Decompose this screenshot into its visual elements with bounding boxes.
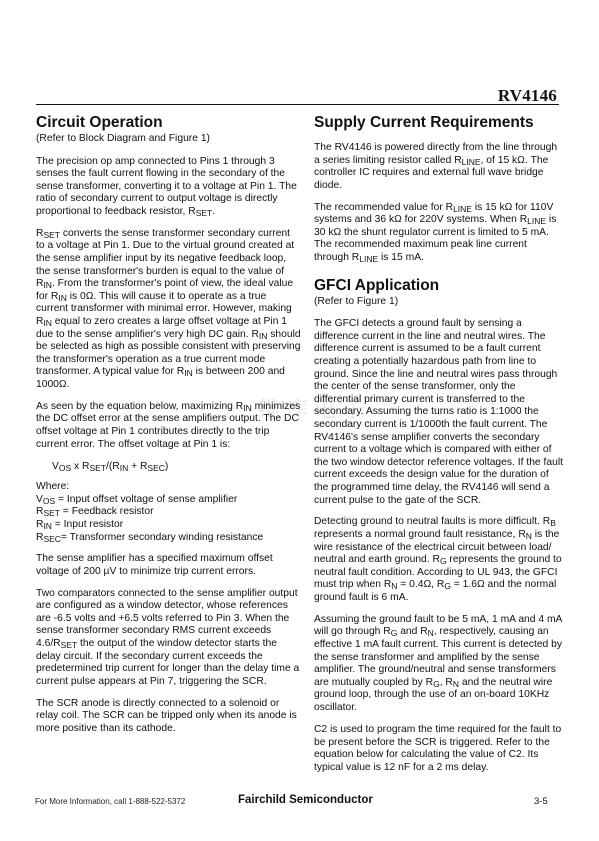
paragraph: The sense amplifier has a specified maxi… bbox=[36, 553, 301, 578]
left-column: Circuit Operation (Refer to Block Diagra… bbox=[36, 110, 301, 745]
variable-definitions: Where: VOS = Input offset voltage of sen… bbox=[36, 481, 301, 544]
section-title-gfci-application: GFCI Application bbox=[314, 277, 564, 295]
company-name: Fairchild Semiconductor bbox=[238, 794, 373, 806]
definition-item: RSET = Feedback resistor bbox=[36, 506, 301, 519]
page-number: 3-5 bbox=[534, 796, 548, 807]
paragraph: The GFCI detects a ground fault by sensi… bbox=[314, 318, 564, 507]
paragraph: The precision op amp connected to Pins 1… bbox=[36, 156, 301, 219]
paragraph: The RV4146 is powered directly from the … bbox=[314, 142, 564, 192]
definition-item: VOS = Input offset voltage of sense ampl… bbox=[36, 494, 301, 507]
paragraph: C2 is used to program the time required … bbox=[314, 724, 564, 774]
section-subtitle: (Refer to Figure 1) bbox=[314, 296, 564, 309]
section-title-circuit-operation: Circuit Operation bbox=[36, 114, 301, 132]
paragraph: RSET converts the sense transformer seco… bbox=[36, 228, 301, 392]
definition-item: RIN = Input resistor bbox=[36, 519, 301, 532]
paragraph: As seen by the equation below, maximizin… bbox=[36, 401, 301, 451]
paragraph: The SCR anode is directly connected to a… bbox=[36, 698, 301, 736]
paragraph: Two comparators connected to the sense a… bbox=[36, 588, 301, 689]
contact-info: For More Information, call 1-888-522-537… bbox=[35, 797, 185, 806]
header-rule bbox=[36, 104, 559, 105]
paragraph: Assuming the ground fault to be 5 mA, 1 … bbox=[314, 614, 564, 715]
section-title-supply-current: Supply Current Requirements bbox=[314, 114, 564, 132]
right-column: Supply Current Requirements The RV4146 i… bbox=[314, 110, 564, 784]
paragraph: Detecting ground to neutral faults is mo… bbox=[314, 516, 564, 604]
part-number-header: RV4146 bbox=[498, 86, 557, 106]
definition-item: RSEC= Transformer secondary winding resi… bbox=[36, 532, 301, 545]
offset-equation: VOS x RSET/(RIN + RSEC) bbox=[52, 461, 301, 474]
paragraph: The recommended value for RLINE is 15 kΩ… bbox=[314, 202, 564, 265]
section-subtitle: (Refer to Block Diagram and Figure 1) bbox=[36, 133, 301, 146]
